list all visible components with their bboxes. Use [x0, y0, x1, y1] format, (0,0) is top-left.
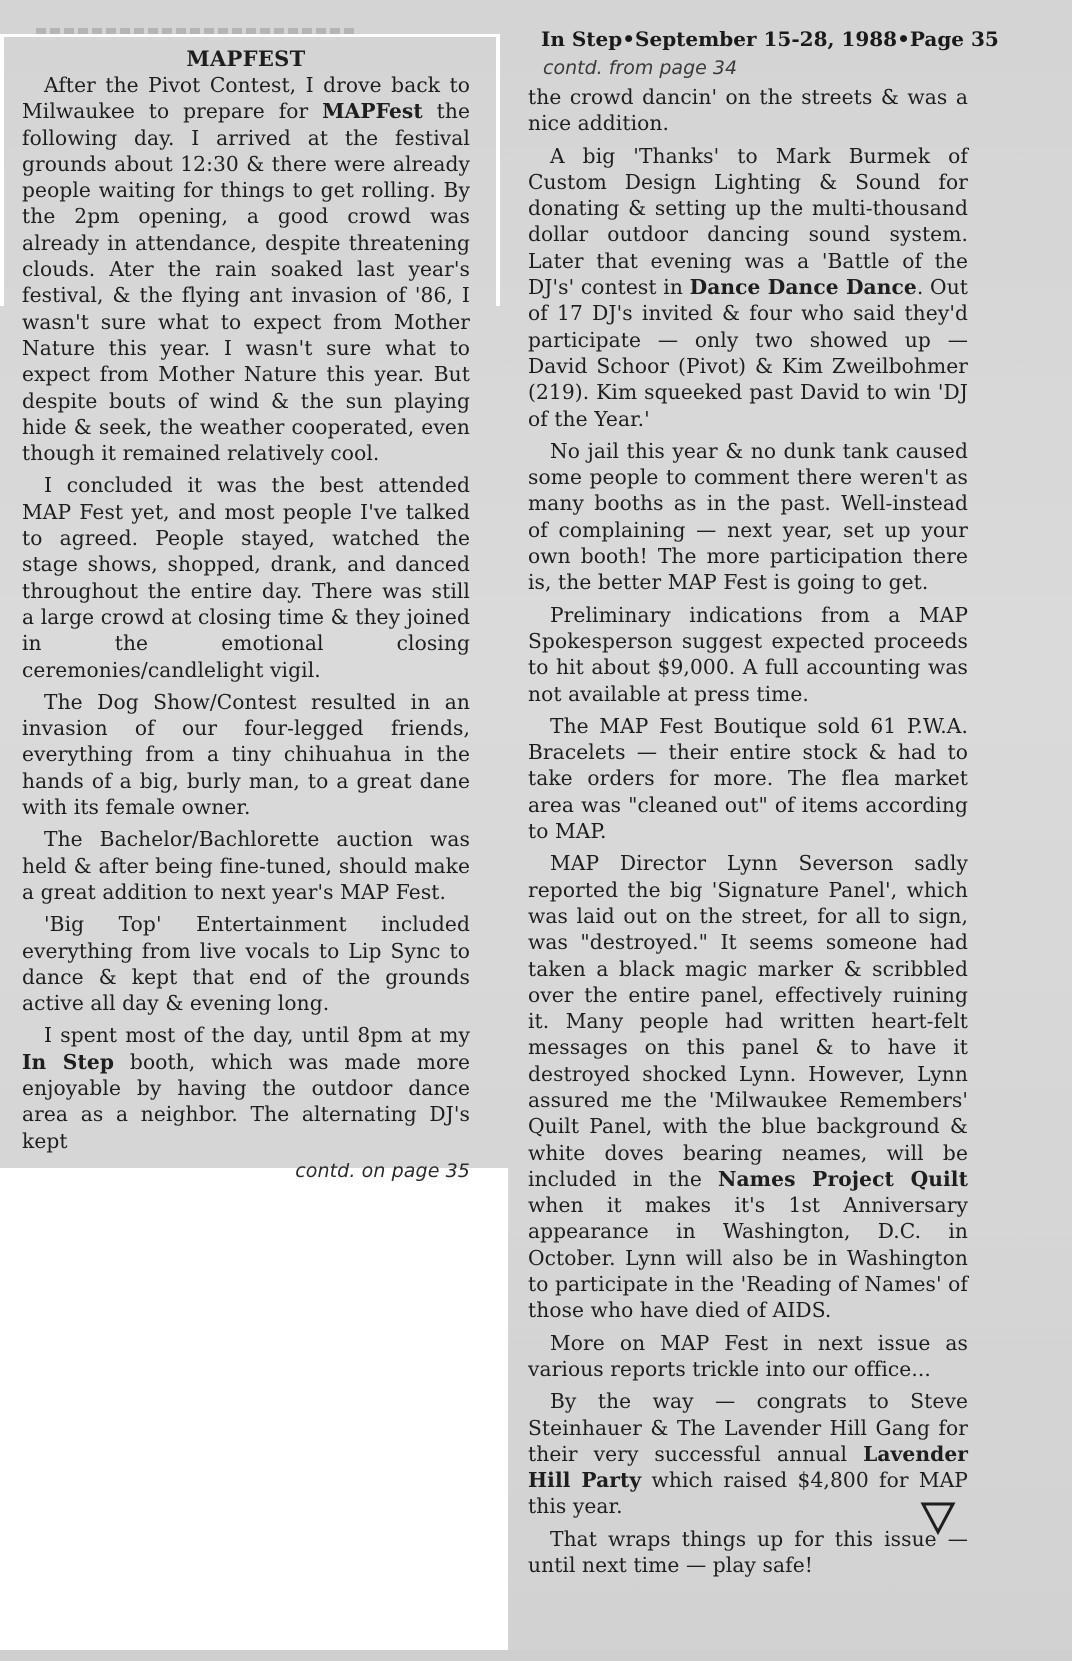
cropped-text-fragment: [36, 28, 356, 34]
continued-on-note: contd. on page 35: [22, 1158, 470, 1184]
scan-edge: [0, 1650, 1072, 1661]
paragraph: 'Big Top' Entertainment included everyth…: [22, 911, 470, 1016]
blank-area: [0, 1168, 508, 1661]
page-masthead: In Step•September 15-28, 1988•Page 35: [541, 26, 999, 52]
clipping-border: [0, 34, 4, 306]
paragraph: I spent most of the day, until 8pm at my…: [22, 1022, 470, 1153]
paragraph: The MAP Fest Boutique sold 61 P.W.A. Bra…: [528, 713, 968, 844]
inverted-triangle-icon: [920, 1500, 956, 1536]
paragraph: That wraps things up for this issue — un…: [528, 1526, 968, 1579]
text-run: I spent most of the day, until 8pm at my: [44, 1023, 470, 1047]
continued-from-note: contd. from page 34: [543, 55, 737, 81]
bold-text: Dance Dance Dance: [690, 275, 917, 299]
paragraph: the crowd dancin' on the streets & was a…: [528, 84, 968, 137]
paragraph: The Dog Show/Contest resulted in an inva…: [22, 689, 470, 820]
bold-text: MAPFest: [322, 99, 423, 123]
paragraph: I concluded it was the best attended MAP…: [22, 472, 470, 682]
article-headline: MAPFEST: [22, 46, 470, 72]
paragraph: A big 'Thanks' to Mark Burmek of Custom …: [528, 143, 968, 432]
bold-text: Names Project Quilt: [718, 1167, 968, 1191]
left-column-article: MAPFEST After the Pivot Contest, I drove…: [22, 46, 470, 1184]
paragraph: No jail this year & no dunk tank caused …: [528, 438, 968, 596]
text-run: MAP Director Lynn Severson sadly reporte…: [528, 851, 968, 1191]
text-run: the following day. I arrived at the fest…: [22, 99, 470, 465]
text-run: when it makes it's 1st Anniversary appea…: [528, 1193, 968, 1322]
paragraph: After the Pivot Contest, I drove back to…: [22, 72, 470, 466]
bold-text: In Step: [22, 1050, 114, 1074]
paragraph: More on MAP Fest in next issue as variou…: [528, 1330, 968, 1383]
paragraph: The Bachelor/Bachlorette auction was hel…: [22, 826, 470, 905]
paragraph: MAP Director Lynn Severson sadly reporte…: [528, 850, 968, 1323]
paragraph: By the way — congrats to Steve Steinhaue…: [528, 1388, 968, 1519]
paragraph: Preliminary indications from a MAP Spoke…: [528, 602, 968, 707]
right-column-article: the crowd dancin' on the streets & was a…: [528, 84, 968, 1584]
